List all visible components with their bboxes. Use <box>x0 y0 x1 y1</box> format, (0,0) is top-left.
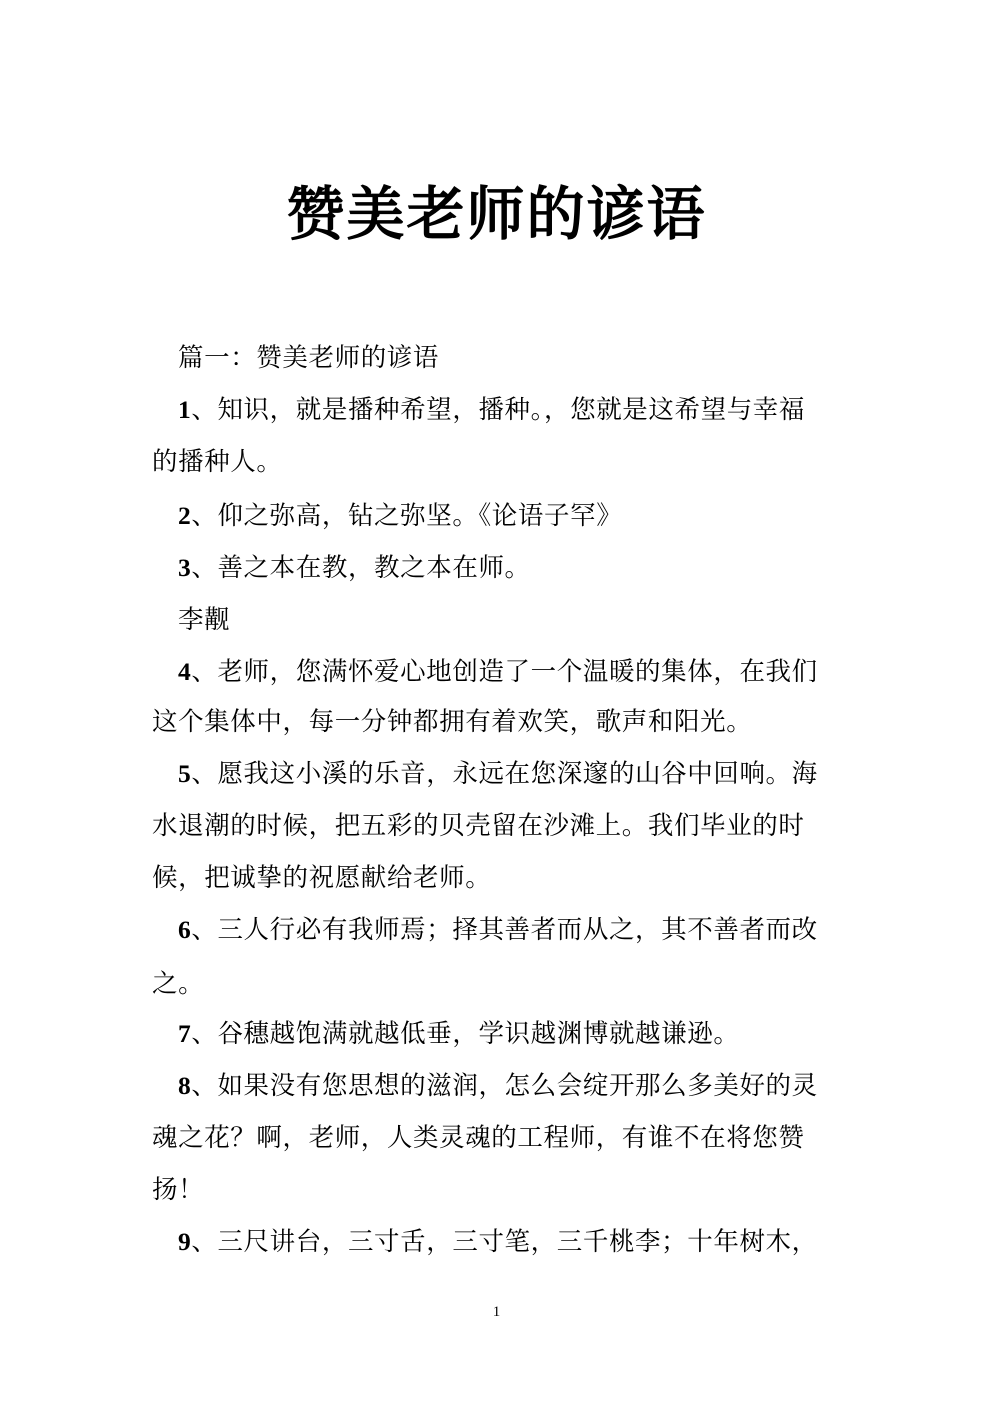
page-number: 1 <box>0 1303 993 1321</box>
list-item-6-line-1: 6、三人行必有我师焉；择其善者而从之，其不善者而改 <box>178 913 868 947</box>
item-text: 、善之本在教，教之本在师。 <box>191 553 530 583</box>
list-item-1-line-2: 的播种人。 <box>152 445 842 479</box>
list-item-4-line-1: 4、老师，您满怀爱心地创造了一个温暖的集体，在我们 <box>178 655 868 689</box>
list-item-6-line-2: 之。 <box>152 967 842 1001</box>
item-number: 2 <box>178 501 191 530</box>
list-item-5-line-2: 水退潮的时候，把五彩的贝壳留在沙滩上。我们毕业的时 <box>152 809 842 843</box>
list-item-3-line-1: 3、善之本在教，教之本在师。 <box>178 551 868 585</box>
list-item-3-attribution: 李觏 <box>178 603 868 637</box>
item-text: 、知识，就是播种希望，播种。，您就是这希望与幸福 <box>191 395 805 425</box>
item-text: 、三尺讲台，三寸舌，三寸笔，三千桃李；十年树木， <box>191 1227 817 1257</box>
item-number: 7 <box>178 1019 191 1048</box>
list-item-8-line-2: 魂之花？啊，老师，人类灵魂的工程师，有谁不在将您赞 <box>152 1121 842 1155</box>
item-number: 9 <box>178 1227 191 1256</box>
item-number: 6 <box>178 915 191 944</box>
list-item-8-line-1: 8、如果没有您思想的滋润，怎么会绽开那么多美好的灵 <box>178 1069 868 1103</box>
list-item-8-line-3: 扬！ <box>152 1173 842 1207</box>
list-item-9-line-1: 9、三尺讲台，三寸舌，三寸笔，三千桃李；十年树木， <box>178 1225 868 1259</box>
document-page: 赞美老师的谚语 篇一：赞美老师的谚语 1、知识，就是播种希望，播种。，您就是这希… <box>0 0 993 1404</box>
section-heading: 篇一：赞美老师的谚语 <box>178 341 868 375</box>
item-number: 8 <box>178 1071 191 1100</box>
item-number: 4 <box>178 657 191 686</box>
item-number: 1 <box>178 395 191 424</box>
list-item-7-line-1: 7、谷穗越饱满就越低垂，学识越渊博就越谦逊。 <box>178 1017 868 1051</box>
document-title: 赞美老师的谚语 <box>0 178 993 250</box>
list-item-4-line-2: 这个集体中，每一分钟都拥有着欢笑，歌声和阳光。 <box>152 705 842 739</box>
item-text: 、如果没有您思想的滋润，怎么会绽开那么多美好的灵 <box>191 1071 817 1101</box>
item-text: 、仰之弥高，钻之弥坚。《论语子罕》 <box>191 501 622 531</box>
item-text: 、三人行必有我师焉；择其善者而从之，其不善者而改 <box>191 915 817 945</box>
item-number: 3 <box>178 553 191 582</box>
list-item-5-line-3: 候，把诚挚的祝愿献给老师。 <box>152 861 842 895</box>
item-text: 、老师，您满怀爱心地创造了一个温暖的集体，在我们 <box>191 657 817 687</box>
list-item-2-line-1: 2、仰之弥高，钻之弥坚。《论语子罕》 <box>178 499 868 533</box>
list-item-1-line-1: 1、知识，就是播种希望，播种。，您就是这希望与幸福 <box>178 393 868 427</box>
item-text: 、谷穗越饱满就越低垂，学识越渊博就越谦逊。 <box>191 1019 739 1049</box>
item-number: 5 <box>178 759 191 788</box>
list-item-5-line-1: 5、愿我这小溪的乐音，永远在您深邃的山谷中回响。海 <box>178 757 868 791</box>
item-text: 、愿我这小溪的乐音，永远在您深邃的山谷中回响。海 <box>191 759 817 789</box>
